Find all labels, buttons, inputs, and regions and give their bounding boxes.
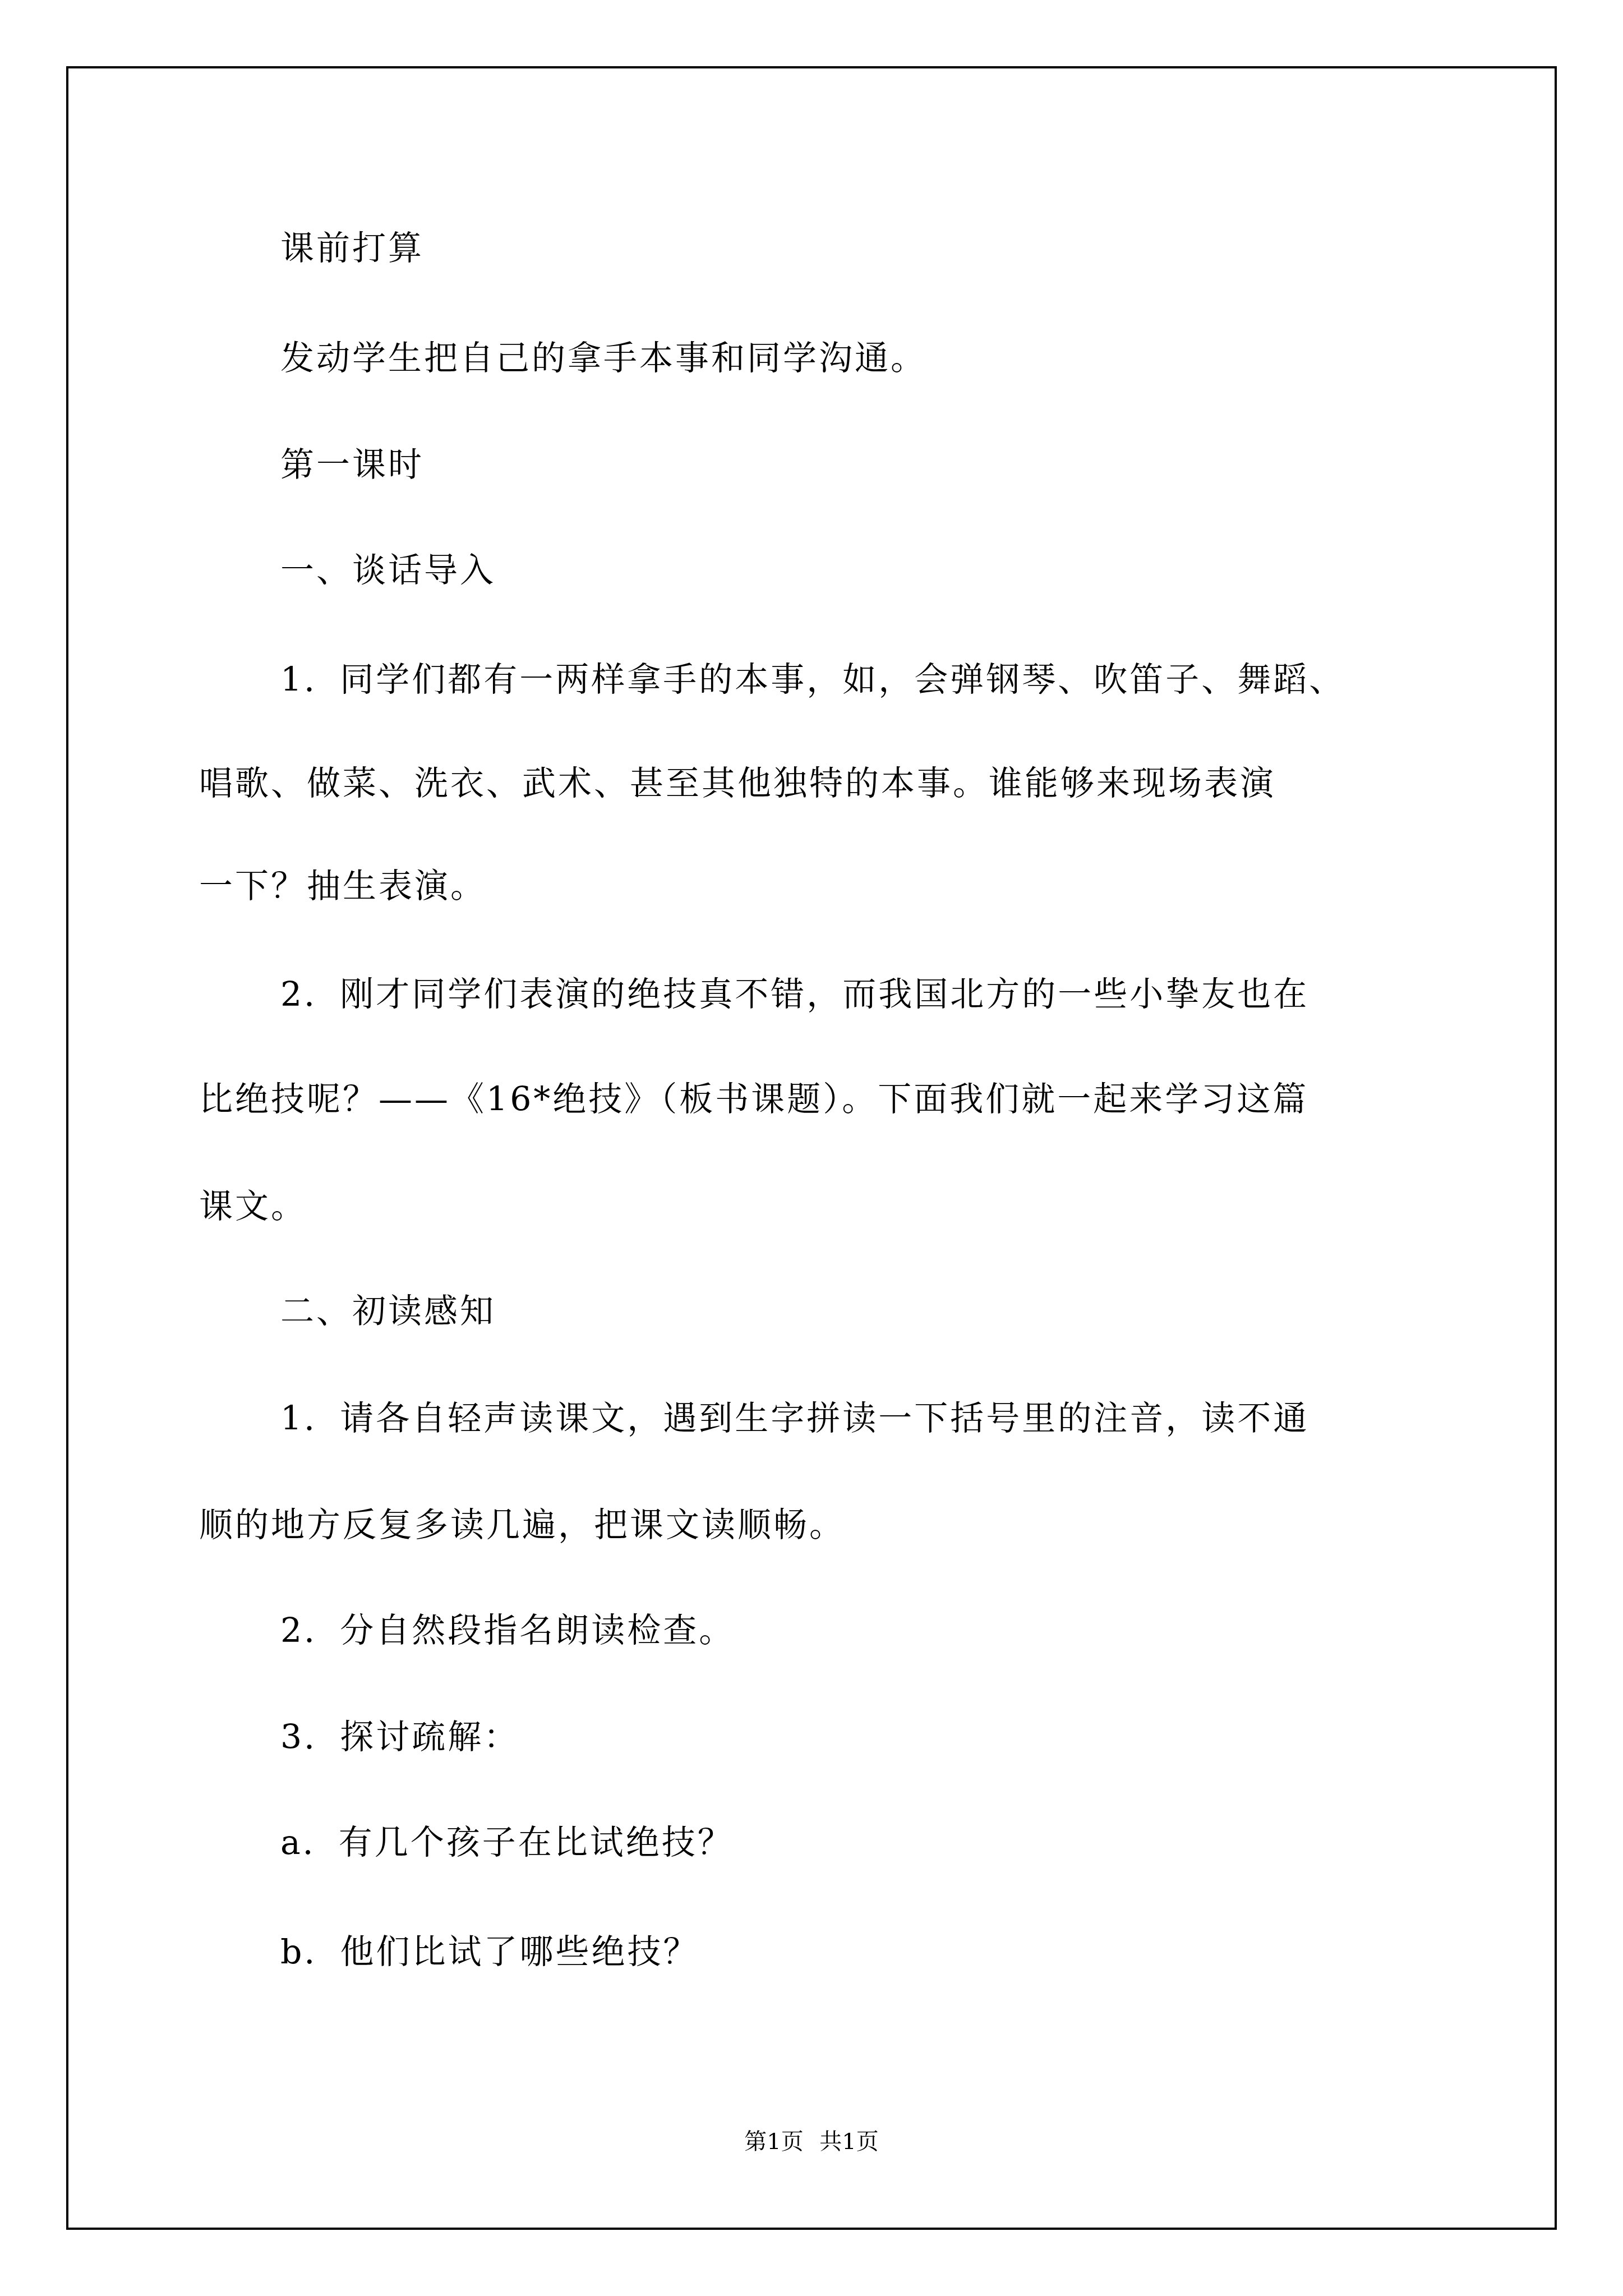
paragraph-line: 顺的地方反复多读几遍，把课文读顺畅。 bbox=[199, 1503, 845, 1548]
question-b: b．他们比试了哪些绝技？ bbox=[280, 1930, 699, 1975]
paragraph-line: 课文。 bbox=[199, 1184, 307, 1229]
paragraph-line: 2．分自然段指名朗读检查。 bbox=[280, 1608, 735, 1653]
paragraph-line: 一下？抽生表演。 bbox=[199, 864, 486, 909]
page-border bbox=[66, 66, 1557, 2230]
current-page-label: 第1页 bbox=[744, 2129, 803, 2155]
paragraph-line: 3．探讨疏解： bbox=[280, 1715, 519, 1760]
page-footer: 第1页 共1页 bbox=[0, 2126, 1623, 2157]
section-heading-first-reading: 二、初读感知 bbox=[280, 1289, 496, 1334]
paragraph-line: 比绝技呢？——《16*绝技》（板书课题）。下面我们就一起来学习这篇 bbox=[199, 1077, 1308, 1122]
paragraph-line: 1．同学们都有一两样拿手的本事，如，会弹钢琴、吹笛子、舞蹈、 bbox=[280, 657, 1345, 702]
paragraph-line: 唱歌、做菜、洗衣、武术、甚至其他独特的本事。谁能够来现场表演 bbox=[199, 761, 1276, 806]
section-heading-preparation: 课前打算 bbox=[280, 226, 424, 271]
paragraph-line: 2．刚才同学们表演的绝技真不错，而我国北方的一些小挚友也在 bbox=[280, 972, 1309, 1017]
paragraph: 发动学生把自己的拿手本事和同学沟通。 bbox=[280, 336, 926, 381]
total-pages-label: 共1页 bbox=[819, 2129, 878, 2155]
section-heading-lesson-1: 第一课时 bbox=[280, 443, 424, 487]
section-heading-intro: 一、谈话导入 bbox=[280, 548, 496, 593]
question-a: a．有几个孩子在比试绝技？ bbox=[280, 1820, 734, 1865]
paragraph-line: 1．请各自轻声读课文，遇到生字拼读一下括号里的注音，读不通 bbox=[280, 1396, 1309, 1441]
